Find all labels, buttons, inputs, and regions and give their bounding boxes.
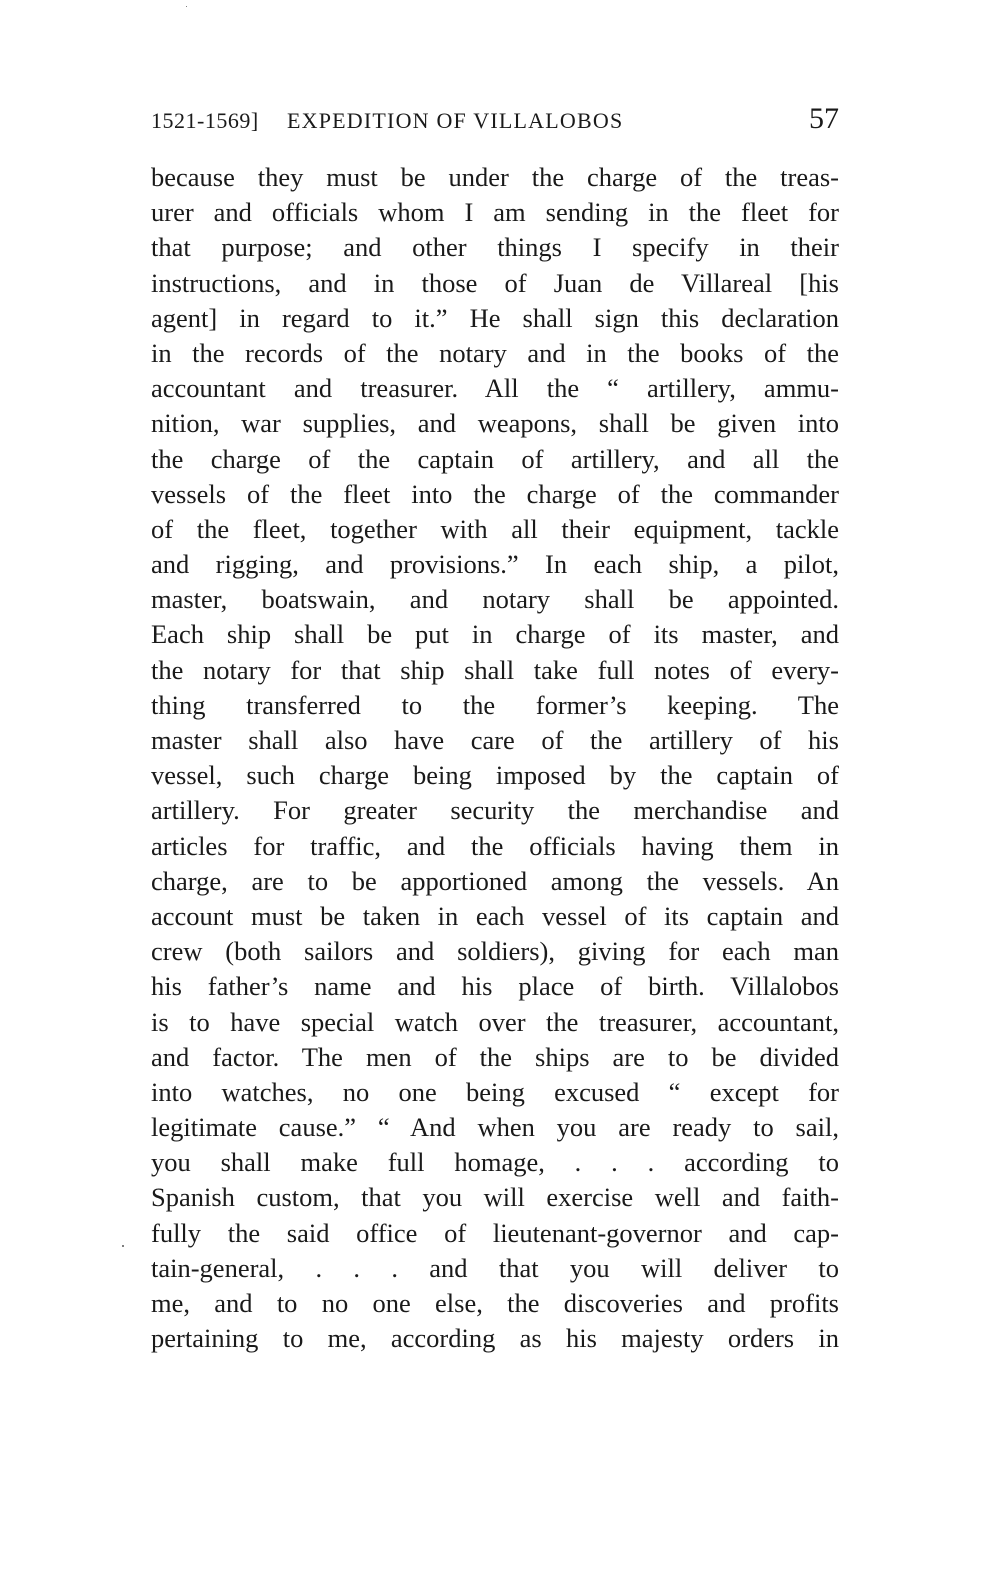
- text-line: thing transferred to the former’s keepin…: [151, 688, 839, 723]
- text-line: master shall also have care of the artil…: [151, 723, 839, 758]
- body-text: because they must be under the charge of…: [151, 160, 839, 1356]
- text-line: agent] in regard to it.” He shall sign t…: [151, 301, 839, 336]
- running-head-title: EXPEDITION OF VILLALOBOS: [287, 108, 623, 134]
- text-line: legitimate cause.” “ And when you are re…: [151, 1110, 839, 1145]
- text-line: the notary for that ship shall take full…: [151, 653, 839, 688]
- text-line: the charge of the captain of artillery, …: [151, 442, 839, 477]
- text-line: artillery. For greater security the merc…: [151, 793, 839, 828]
- text-line: accountant and treasurer. All the “ arti…: [151, 371, 839, 406]
- text-line: Each ship shall be put in charge of its …: [151, 617, 839, 652]
- page-number: 57: [809, 102, 839, 136]
- text-line: instructions, and in those of Juan de Vi…: [151, 266, 839, 301]
- text-line: vessels of the fleet into the charge of …: [151, 477, 839, 512]
- scan-speck: [122, 1245, 124, 1247]
- text-line: that purpose; and other things I specify…: [151, 230, 839, 265]
- text-line: and factor. The men of the ships are to …: [151, 1040, 839, 1075]
- text-line: me, and to no one else, the discoveries …: [151, 1286, 839, 1321]
- text-line: articles for traffic, and the officials …: [151, 829, 839, 864]
- text-line: urer and officials whom I am sending in …: [151, 195, 839, 230]
- text-line: is to have special watch over the treasu…: [151, 1005, 839, 1040]
- text-line: you shall make full homage, . . . accord…: [151, 1145, 839, 1180]
- text-line: master, boatswain, and notary shall be a…: [151, 582, 839, 617]
- text-line: Spanish custom, that you will exercise w…: [151, 1180, 839, 1215]
- text-line: and rigging, and provisions.” In each sh…: [151, 547, 839, 582]
- running-head-years: 1521-1569]: [151, 108, 259, 134]
- scan-speck: [186, 6, 187, 7]
- text-line: in the records of the notary and in the …: [151, 336, 839, 371]
- text-line: tain-general, . . . and that you will de…: [151, 1251, 839, 1286]
- text-line: account must be taken in each vessel of …: [151, 899, 839, 934]
- text-line: vessel, such charge being imposed by the…: [151, 758, 839, 793]
- text-line: his father’s name and his place of birth…: [151, 969, 839, 1004]
- text-line: charge, are to be apportioned among the …: [151, 864, 839, 899]
- text-line: nition, war supplies, and weapons, shall…: [151, 406, 839, 441]
- text-line: into watches, no one being excused “ exc…: [151, 1075, 839, 1110]
- text-line: pertaining to me, according as his majes…: [151, 1321, 839, 1356]
- text-line: fully the said office of lieutenant-gove…: [151, 1216, 839, 1251]
- text-line: because they must be under the charge of…: [151, 160, 839, 195]
- running-head: 1521-1569] EXPEDITION OF VILLALOBOS 57: [151, 100, 839, 144]
- text-line: crew (both sailors and soldiers), giving…: [151, 934, 839, 969]
- text-line: of the fleet, together with all their eq…: [151, 512, 839, 547]
- book-page: 1521-1569] EXPEDITION OF VILLALOBOS 57 b…: [151, 100, 839, 1356]
